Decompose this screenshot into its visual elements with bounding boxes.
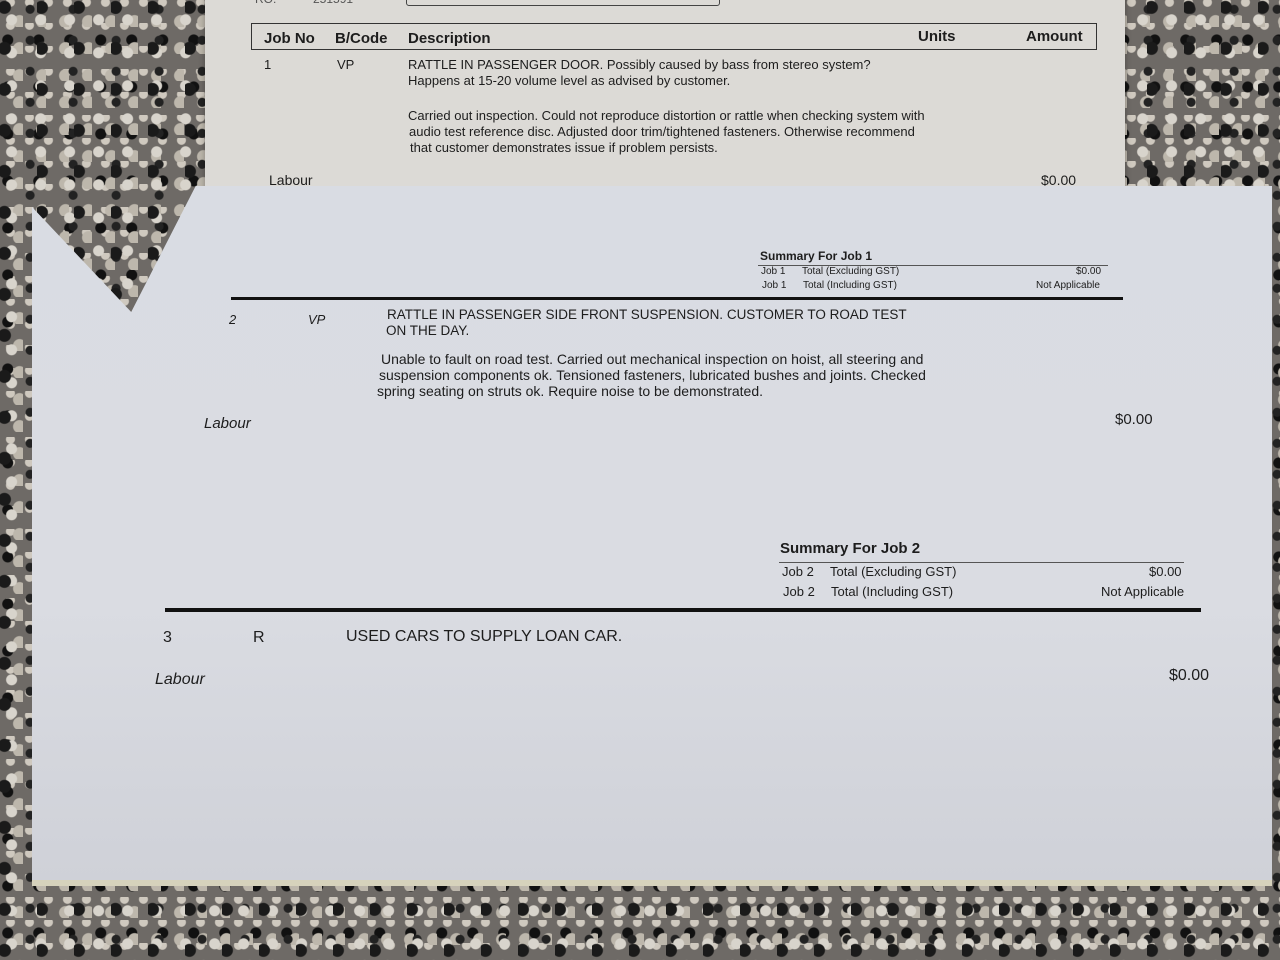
job1-summary-row1-value: $0.00 bbox=[1076, 266, 1101, 277]
job2-labour-amount: $0.00 bbox=[1115, 411, 1153, 428]
job2-summary-row1-job: Job 2 bbox=[782, 564, 814, 579]
job1-summary-title: Summary For Job 1 bbox=[760, 249, 872, 263]
job-separator-1 bbox=[231, 297, 1123, 300]
job2-desc-line1: RATTLE IN PASSENGER SIDE FRONT SUSPENSIO… bbox=[387, 307, 907, 322]
job3-desc-line1: USED CARS TO SUPPLY LOAN CAR. bbox=[346, 628, 622, 646]
job2-summary-row2-value: Not Applicable bbox=[1101, 584, 1184, 599]
job2-summary-row2-label: Total (Including GST) bbox=[831, 584, 953, 599]
job2-number: 2 bbox=[229, 312, 236, 327]
job1-note-line1: Carried out inspection. Could not reprod… bbox=[408, 108, 925, 125]
job-separator-2 bbox=[165, 608, 1201, 612]
job1-desc-line1: RATTLE IN PASSENGER DOOR. Possibly cause… bbox=[408, 57, 871, 74]
job2-summary-row1-value: $0.00 bbox=[1149, 564, 1182, 579]
job2-summary-row1-label: Total (Excluding GST) bbox=[830, 564, 956, 579]
job1-summary-row2-job: Job 1 bbox=[762, 280, 786, 291]
job3-bcode: R bbox=[253, 629, 265, 647]
job1-summary-row1-job: Job 1 bbox=[761, 266, 785, 277]
job3-labour-label: Labour bbox=[155, 671, 205, 689]
header-units: Units bbox=[918, 28, 956, 45]
job1-summary-row1-label: Total (Excluding GST) bbox=[802, 266, 899, 277]
header-job-no: Job No bbox=[264, 30, 315, 47]
job1-desc-line2: Happens at 15-20 volume level as advised… bbox=[408, 73, 730, 90]
job1-summary-row2-value: Not Applicable bbox=[1036, 280, 1100, 291]
job3-number: 3 bbox=[163, 629, 172, 647]
job2-bcode: VP bbox=[308, 312, 325, 327]
job2-summary-row2-job: Job 2 bbox=[783, 584, 815, 599]
ro-number: 251591 bbox=[313, 0, 353, 6]
header-amount: Amount bbox=[1026, 28, 1083, 45]
job1-summary-row2-label: Total (Including GST) bbox=[803, 280, 897, 291]
main-sheet bbox=[32, 186, 1272, 886]
header-b-code: B/Code bbox=[335, 30, 388, 47]
job3-labour-amount: $0.00 bbox=[1169, 667, 1209, 685]
ro-field-box bbox=[406, 0, 720, 6]
job2-desc-line2: ON THE DAY. bbox=[386, 323, 469, 338]
job1-note-line2: audio test reference disc. Adjusted door… bbox=[409, 124, 915, 141]
job2-labour-label: Labour bbox=[204, 415, 251, 432]
job2-summary-title: Summary For Job 2 bbox=[780, 540, 920, 557]
job1-note-line3: that customer demonstrates issue if prob… bbox=[410, 140, 718, 157]
ro-label: RO: bbox=[255, 0, 276, 6]
job1-number: 1 bbox=[264, 57, 271, 74]
job2-note-line1: Unable to fault on road test. Carried ou… bbox=[381, 351, 923, 367]
job1-bcode: VP bbox=[337, 57, 354, 74]
header-description: Description bbox=[408, 30, 491, 47]
job2-note-line3: spring seating on struts ok. Require noi… bbox=[377, 383, 763, 399]
job2-note-line2: suspension components ok. Tensioned fast… bbox=[379, 367, 926, 383]
